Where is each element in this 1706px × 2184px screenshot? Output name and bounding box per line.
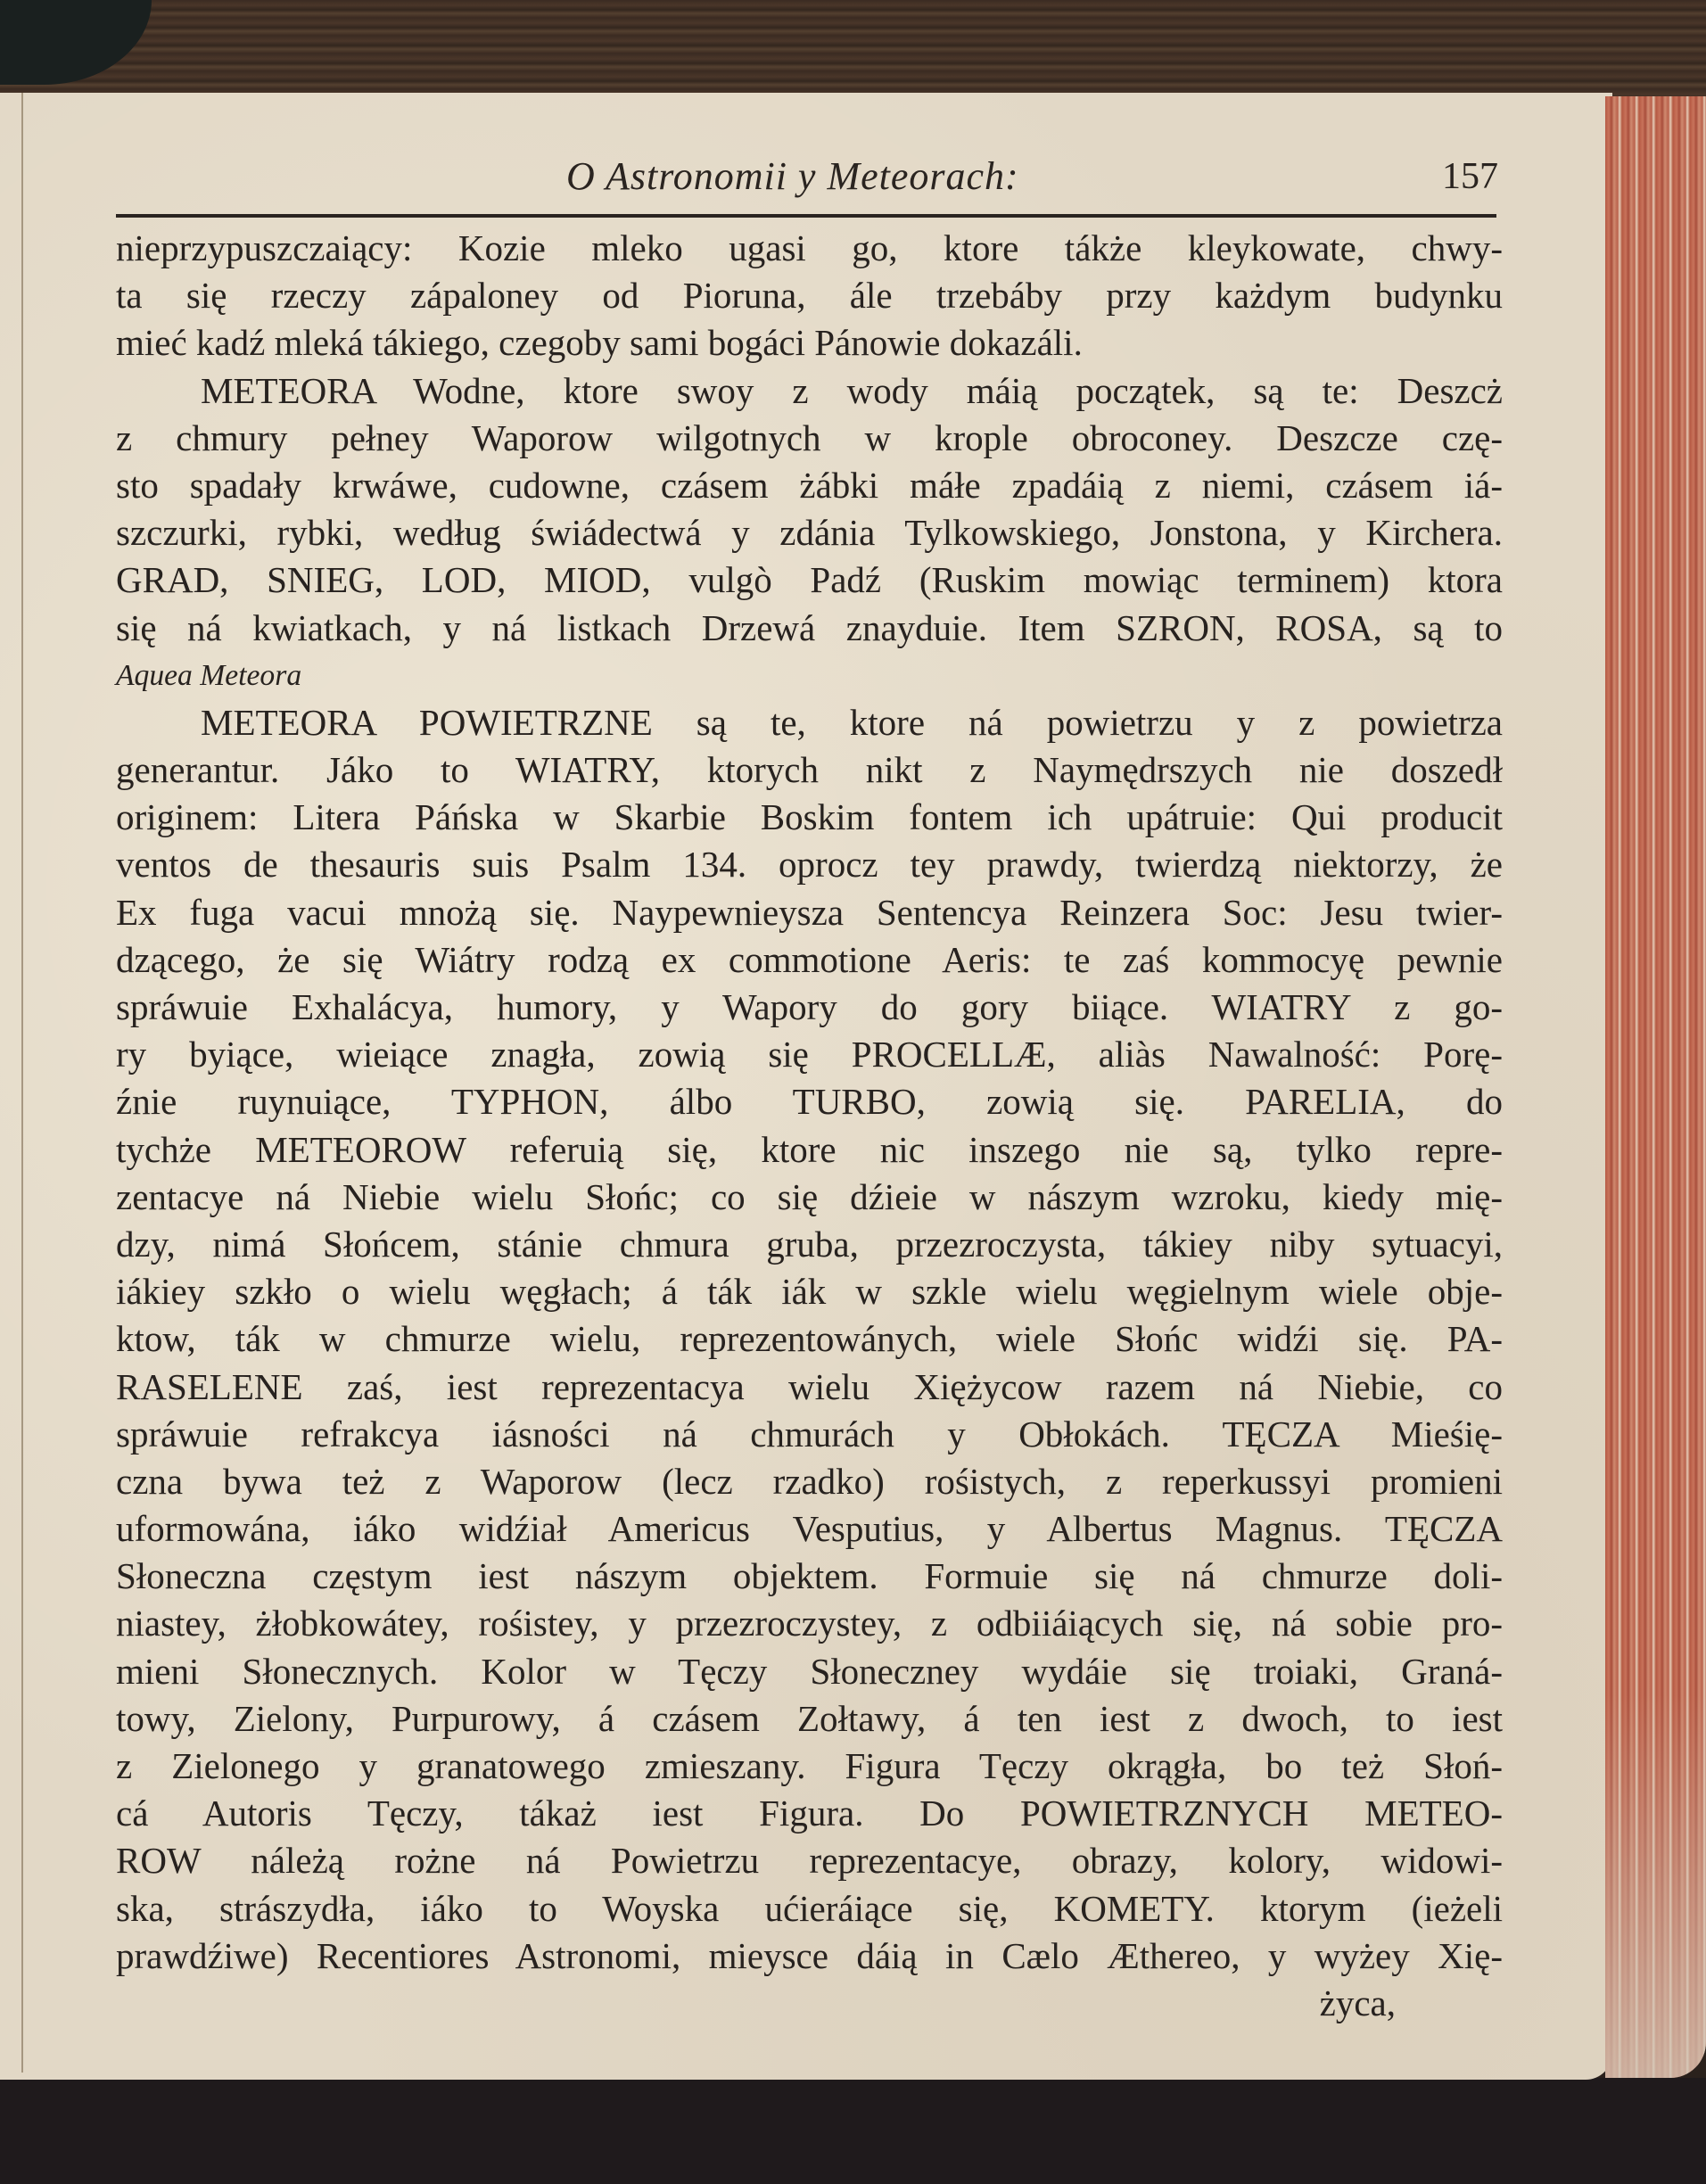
- text-line: się ná kwiatkach, y ná listkach Drzewá z…: [116, 605, 1503, 652]
- text-line: z Zielonego y granatowego zmieszany. Fig…: [116, 1743, 1503, 1790]
- text-line: mieć kadź mleká tákiego, czegoby sami bo…: [116, 319, 1503, 367]
- page-edges-shade: [1605, 1694, 1706, 2078]
- text-line: iákiey szkło o wielu węgłach; á ták iák …: [116, 1268, 1503, 1315]
- text-line: czna bywa też z Waporow (lecz rzadko) ro…: [116, 1458, 1503, 1505]
- text-line: z chmury pełney Waporow wilgotnych w kro…: [116, 415, 1503, 462]
- background-wood-surface: [0, 0, 1706, 100]
- text-line: ktow, ták w chmurze wielu, reprezentowán…: [116, 1315, 1503, 1363]
- catchword: życa,: [116, 1980, 1503, 2027]
- header-rule: [116, 214, 1496, 218]
- text-line: Aquea Meteora: [116, 652, 1503, 699]
- text-line: dzącego, że się Wiátry rodzą ex commotio…: [116, 936, 1503, 984]
- text-line: Ex fuga vacui mnożą się. Naypewnieysza S…: [116, 889, 1503, 936]
- text-line: mieni Słonecznych. Kolor w Tęczy Słonecz…: [116, 1648, 1503, 1695]
- body-text: nieprzypuszczaiący: Kozie mleko ugasi go…: [116, 225, 1503, 2027]
- text-line: tychże METEOROW referuią się, ktore nic …: [116, 1126, 1503, 1174]
- text-line: cá Autoris Tęczy, tákaż iest Figura. Do …: [116, 1790, 1503, 1837]
- text-line: originem: Litera Páńska w Skarbie Boskim…: [116, 794, 1503, 841]
- text-line: Słoneczna częstym iest nászym objektem. …: [116, 1553, 1503, 1600]
- text-line: METEORA Wodne, ktore swoy z wody máią po…: [116, 367, 1503, 415]
- text-line: ventos de thesauris suis Psalm 134. opro…: [116, 841, 1503, 888]
- text-line: szczurki, rybki, według świádectwá y zdá…: [116, 509, 1503, 556]
- text-line: sto spadały krwáwe, cudowne, czásem żábk…: [116, 462, 1503, 509]
- text-line: dzy, nimá Słońcem, stánie chmura gruba, …: [116, 1221, 1503, 1268]
- text-line: spráwuie Exhalácya, humory, y Wapory do …: [116, 984, 1503, 1031]
- text-line: METEORA POWIETRZNE są te, ktore ná powie…: [116, 699, 1503, 746]
- text-line: spráwuie refrakcya iásności ná chmurách …: [116, 1411, 1503, 1458]
- page-number: 157: [1442, 155, 1498, 198]
- text-line: generantur. Jáko to WIATRY, ktorych nikt…: [116, 746, 1503, 794]
- page-gutter-fold: [21, 93, 23, 2073]
- page-header: O Astronomii y Meteorach: 157: [116, 153, 1498, 207]
- text-line: RASELENE zaś, iest reprezentacya wielu X…: [116, 1364, 1503, 1411]
- text-line: prawdźiwe) Recentiores Astronomi, mieysc…: [116, 1933, 1503, 1980]
- text-line: nieprzypuszczaiący: Kozie mleko ugasi go…: [116, 225, 1503, 272]
- background-dark-cloth: [0, 2078, 1706, 2184]
- text-line: towy, Zielony, Purpurowy, á czásem Zołta…: [116, 1695, 1503, 1743]
- text-line: ROW náleżą rożne ná Powietrzu reprezenta…: [116, 1837, 1503, 1884]
- text-line: ta się rzeczy zápaloney od Pioruna, ále …: [116, 272, 1503, 319]
- text-line: GRAD, SNIEG, LOD, MIOD, vulgò Padź (Rusk…: [116, 556, 1503, 604]
- running-title: O Astronomii y Meteorach:: [566, 153, 1019, 199]
- text-line: niastey, żłobkowátey, rośistey, y przezr…: [116, 1600, 1503, 1647]
- text-line: zentacye ná Niebie wielu Słońc; co się d…: [116, 1174, 1503, 1221]
- text-line: źnie ruynuiące, TYPHON, álbo TURBO, zowi…: [116, 1078, 1503, 1125]
- text-line: ry byiące, wieiące znagła, zowią się PRO…: [116, 1031, 1503, 1078]
- text-line: ska, strászydła, iáko to Woyska ućieráią…: [116, 1885, 1503, 1933]
- text-line: uformowána, iáko widźiał Americus Vesput…: [116, 1505, 1503, 1553]
